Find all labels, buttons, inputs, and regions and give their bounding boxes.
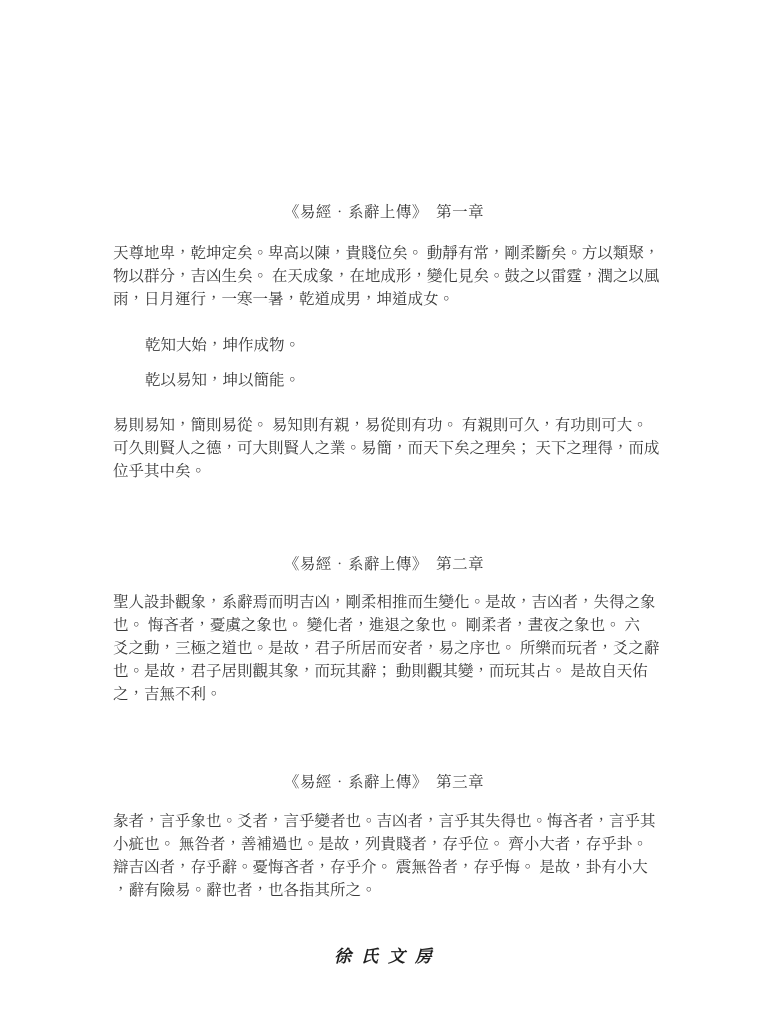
- chapter-2-paragraph-1: 聖人設卦觀象，系辭焉而明吉凶，剛柔相推而生變化。是故，吉凶者，失得之象 也。 悔…: [113, 591, 673, 706]
- publisher-colophon: 徐 氏 文 房: [0, 944, 768, 970]
- document-page: 《易經．系辭上傳》 第一章 天尊地卑，乾坤定矣。卑高以陳，貴賤位矣。 動靜有常，…: [0, 0, 768, 1024]
- section-chapter-1: 《易經．系辭上傳》 第一章 天尊地卑，乾坤定矣。卑高以陳，貴賤位矣。 動靜有常，…: [0, 201, 768, 483]
- chapter-1-couplet-1: 乾知大始，坤作成物。: [113, 334, 673, 357]
- chapter-1-couplet-2: 乾以易知，坤以簡能。: [113, 369, 673, 392]
- chapter-3-heading: 《易經．系辭上傳》 第三章: [0, 771, 768, 794]
- chapter-3-paragraph-1: 彖者，言乎象也。爻者，言乎變者也。吉凶者，言乎其失得也。悔吝者，言乎其 小疵也。…: [113, 810, 673, 902]
- chapter-1-paragraph-2: 易則易知，簡則易從。 易知則有親，易從則有功。 有親則可久，有功則可大。 可久則…: [113, 414, 673, 483]
- chapter-1-paragraph-1: 天尊地卑，乾坤定矣。卑高以陳，貴賤位矣。 動靜有常，剛柔斷矣。方以類聚， 物以群…: [113, 242, 673, 311]
- chapter-1-heading: 《易經．系辭上傳》 第一章: [0, 201, 768, 224]
- chapter-2-heading: 《易經．系辭上傳》 第二章: [0, 553, 768, 576]
- section-chapter-3: 《易經．系辭上傳》 第三章 彖者，言乎象也。爻者，言乎變者也。吉凶者，言乎其失得…: [0, 771, 768, 902]
- section-chapter-2: 《易經．系辭上傳》 第二章 聖人設卦觀象，系辭焉而明吉凶，剛柔相推而生變化。是故…: [0, 553, 768, 706]
